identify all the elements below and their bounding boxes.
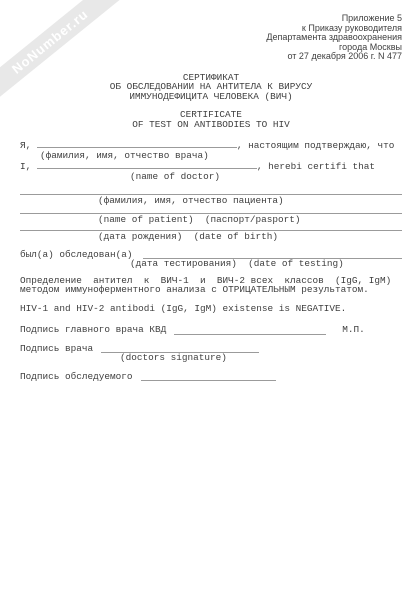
certificate-title-en: CERTIFICATE OF TEST ON ANTIBODIES TO HIV: [20, 110, 402, 129]
patient-signature-blank: [141, 372, 276, 381]
certificate-title-ru: СЕРТИФИКАТ ОБ ОБСЛЕДОВАНИИ НА АНТИТЕЛА К…: [20, 73, 402, 102]
certificate-content: Приложение 5 к Приказу руководителя Депа…: [20, 0, 402, 381]
patient-name-caption-en: (name of patient) (паспорт/pasport): [98, 215, 402, 225]
doctor-signature-label: Подпись врача: [20, 344, 93, 354]
testing-date-caption: (дата тестирования) (date of testing): [130, 259, 402, 269]
doctor-statement-en-prefix: I,: [20, 161, 31, 172]
doctor-statement-ru-prefix: Я,: [20, 140, 31, 151]
appendix-header: Приложение 5 к Приказу руководителя Депа…: [20, 14, 402, 62]
doctor-statement-en: I, , herebi certifi that: [20, 160, 402, 172]
doctor-name-blank-en: [37, 160, 257, 169]
patient-signature-label: Подпись обследуемого: [20, 372, 133, 382]
doctor-name-caption-en: (name of doctor): [130, 172, 402, 182]
patient-name-caption-ru: (фамилия, имя, отчество пациента): [98, 196, 402, 206]
doctor-name-blank-ru: [37, 139, 237, 148]
doctor-statement-ru: Я, , настоящим подтверждаю, что: [20, 139, 402, 151]
birth-date-caption: (дата рождения) (date of birth): [98, 232, 402, 242]
doctor-statement-en-suffix: , herebi certifi that: [257, 161, 375, 172]
certificate-page: NoNumber.ru Приложение 5 к Приказу руков…: [0, 0, 420, 600]
stamp-placeholder: М.П.: [342, 325, 365, 335]
appendix-header-line: от 27 декабря 2006 г. N 477: [20, 52, 402, 62]
doctor-statement-ru-suffix: , настоящим подтверждаю, что: [237, 140, 395, 151]
result-statement-en: HIV-1 and HIV-2 antibodi (IgG, IgM) exis…: [20, 304, 402, 314]
chief-doctor-signature-row: Подпись главного врача КВД М.П.: [20, 325, 402, 335]
doctor-name-caption-ru: (фамилия, имя, отчество врача): [40, 151, 402, 161]
result-statement-ru: Определение антител к ВИЧ-1 и ВИЧ-2 всех…: [20, 276, 402, 295]
testing-date-label: был(а) обследован(а): [20, 250, 133, 260]
doctor-signature-caption: (doctors signature): [120, 353, 402, 363]
chief-doctor-signature-label: Подпись главного врача КВД: [20, 325, 166, 335]
patient-signature-row: Подпись обследуемого: [20, 372, 402, 382]
chief-doctor-signature-blank: [174, 326, 326, 335]
